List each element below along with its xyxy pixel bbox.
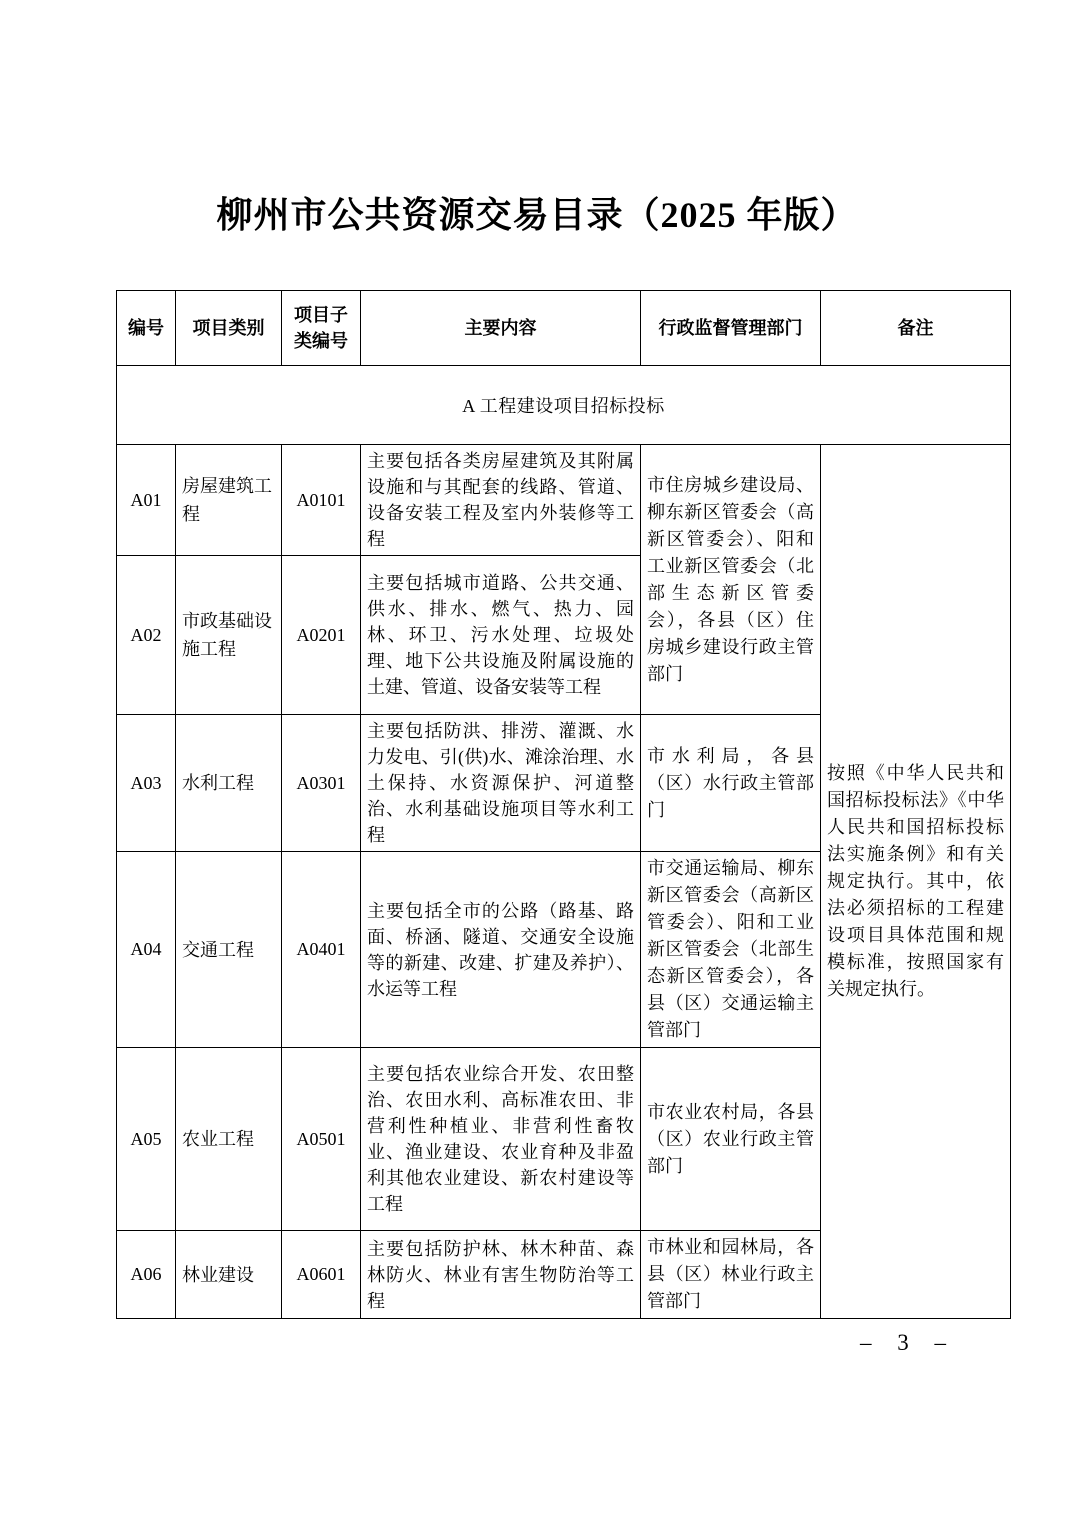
- cell-category: 农业工程: [176, 1048, 282, 1231]
- cell-sub-code: A0501: [282, 1048, 361, 1231]
- cell-category: 交通工程: [176, 852, 282, 1048]
- cell-category: 林业建设: [176, 1231, 282, 1319]
- header-remarks: 备注: [821, 291, 1011, 366]
- header-sub-code: 项目子类编号: [282, 291, 361, 366]
- cell-remarks: 按照《中华人民共和国招标投标法》《中华人民共和国招标投标法实施条例》和有关规定执…: [821, 445, 1011, 1319]
- section-title: A 工程建设项目招标投标: [117, 366, 1011, 445]
- cell-main-content: 主要包括各类房屋建筑及其附属设施和与其配套的线路、管道、设备安装工程及室内外装修…: [361, 445, 641, 556]
- catalog-table: 编号 项目类别 项目子类编号 主要内容 行政监督管理部门 备注 A 工程建设项目…: [116, 290, 1011, 1319]
- cell-supervision-dept: 市交通运输局、柳东新区管委会（高新区管委会）、阳和工业新区管委会（北部生态新区管…: [641, 852, 821, 1048]
- section-row: A 工程建设项目招标投标: [117, 366, 1011, 445]
- cell-category: 水利工程: [176, 715, 282, 852]
- cell-category: 市政基础设施工程: [176, 556, 282, 715]
- header-main-content: 主要内容: [361, 291, 641, 366]
- document-page: 柳州市公共资源交易目录（2025 年版） 编号 项目类别 项目子类编号 主要内容…: [0, 0, 1074, 1520]
- cell-sub-code: A0301: [282, 715, 361, 852]
- cell-code: A03: [117, 715, 176, 852]
- header-code: 编号: [117, 291, 176, 366]
- cell-supervision-dept: 市农业农村局，各县（区）农业行政主管部门: [641, 1048, 821, 1231]
- cell-sub-code: A0601: [282, 1231, 361, 1319]
- cell-sub-code: A0401: [282, 852, 361, 1048]
- cell-main-content: 主要包括全市的公路（路基、路面、桥涵、隧道、交通安全设施等的新建、改建、扩建及养…: [361, 852, 641, 1048]
- header-category: 项目类别: [176, 291, 282, 366]
- cell-main-content: 主要包括农业综合开发、农田整治、农田水利、高标准农田、非营利性种植业、非营利性畜…: [361, 1048, 641, 1231]
- cell-code: A05: [117, 1048, 176, 1231]
- cell-code: A06: [117, 1231, 176, 1319]
- cell-category: 房屋建筑工程: [176, 445, 282, 556]
- cell-sub-code: A0201: [282, 556, 361, 715]
- cell-supervision-dept: 市住房城乡建设局、柳东新区管委会（高新区管委会）、阳和工业新区管委会（北部生态新…: [641, 445, 821, 715]
- cell-code: A02: [117, 556, 176, 715]
- cell-code: A04: [117, 852, 176, 1048]
- cell-supervision-dept: 市林业和园林局，各县（区）林业行政主管部门: [641, 1231, 821, 1319]
- cell-main-content: 主要包括防洪、排涝、灌溉、水力发电、引(供)水、滩涂治理、水土保持、水资源保护、…: [361, 715, 641, 852]
- cell-code: A01: [117, 445, 176, 556]
- table-row: A01 房屋建筑工程 A0101 主要包括各类房屋建筑及其附属设施和与其配套的线…: [117, 445, 1011, 556]
- cell-main-content: 主要包括防护林、林木种苗、森林防火、林业有害生物防治等工程: [361, 1231, 641, 1319]
- table-header-row: 编号 项目类别 项目子类编号 主要内容 行政监督管理部门 备注: [117, 291, 1011, 366]
- cell-sub-code: A0101: [282, 445, 361, 556]
- page-number: – 3 –: [860, 1330, 956, 1356]
- cell-main-content: 主要包括城市道路、公共交通、供水、排水、燃气、热力、园林、环卫、污水处理、垃圾处…: [361, 556, 641, 715]
- header-supervision-dept: 行政监督管理部门: [641, 291, 821, 366]
- page-title: 柳州市公共资源交易目录（2025 年版）: [0, 193, 1074, 238]
- cell-supervision-dept: 市水利局，各县（区）水行政主管部门: [641, 715, 821, 852]
